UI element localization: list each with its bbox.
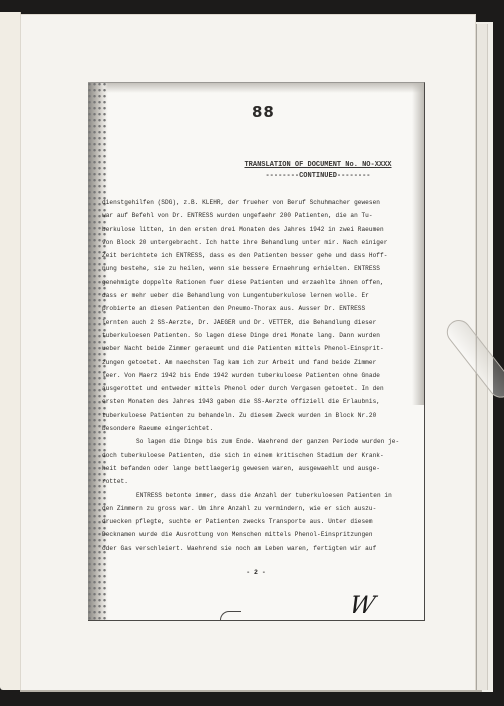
- text-line: leer. Von Maerz 1942 bis Ende 1942 wurde…: [102, 369, 416, 382]
- heading-title: TRANSLATION OF DOCUMENT No. NO-XXXX: [238, 160, 398, 171]
- page-number: 88: [252, 103, 275, 121]
- text-line: heit befanden oder lange bettlaegerig ge…: [102, 462, 416, 475]
- text-line: dienstgehilfen (SDG), z.B. KLEHR, der fr…: [102, 196, 416, 209]
- scanned-page: 88 TRANSLATION OF DOCUMENT No. NO-XXXX -…: [20, 14, 476, 692]
- text-line: rottet.: [102, 475, 416, 488]
- text-line: lernten auch 2 SS-Aerzte, Dr. JAEGER und…: [102, 316, 416, 329]
- text-line: zungen getoetet. Am naechsten Tag kam ic…: [102, 356, 416, 369]
- photocopy-document: 88 TRANSLATION OF DOCUMENT No. NO-XXXX -…: [88, 82, 425, 621]
- text-line: probierte an diesen Patienten den Pneumo…: [102, 302, 416, 315]
- heading-subtitle: --------CONTINUED--------: [238, 171, 398, 182]
- text-line: war auf Befehl von Dr. ENTRESS wurden un…: [102, 209, 416, 222]
- text-line: nung bestehe, sie zu heilen, wenn sie be…: [102, 262, 416, 275]
- back-sheet-edge: [0, 12, 21, 690]
- text-line: ueber Nacht beide Zimmer geraeumt und di…: [102, 342, 416, 355]
- text-line: Decknamen wurde die Ausrottung von Mensc…: [102, 528, 416, 541]
- page-footer-number: - 2 -: [88, 569, 424, 576]
- text-line: So lagen die Dinge bis zum Ende. Waehren…: [102, 435, 416, 448]
- page-bottom-edge: [20, 690, 482, 692]
- signature-stroke: [220, 611, 241, 620]
- text-line: dass er mehr ueber die Behandlung von Lu…: [102, 289, 416, 302]
- text-line: ausgerottet und entweder mittels Phenol …: [102, 382, 416, 395]
- text-line: Zeit berichtete ich ENTRESS, dass es den…: [102, 249, 416, 262]
- text-line: doch tuberkuloese Patienten, die sich in…: [102, 449, 416, 462]
- text-line: berkulose litten, in den ersten drei Mon…: [102, 223, 416, 236]
- text-line: genehmigte doppelte Rationen fuer diese …: [102, 276, 416, 289]
- text-line: besondere Raeume eingerichtet.: [102, 422, 416, 435]
- copy-top-shadow: [88, 83, 424, 93]
- paragraph-3: ENTRESS betonte immer, dass die Anzahl d…: [102, 489, 416, 555]
- document-heading: TRANSLATION OF DOCUMENT No. NO-XXXX ----…: [238, 160, 398, 182]
- text-line: ersten Monaten des Jahres 1943 gaben die…: [102, 395, 416, 408]
- body-text: dienstgehilfen (SDG), z.B. KLEHR, der fr…: [102, 196, 416, 555]
- text-line: den Zimmern zu gross war. Um ihre Anzahl…: [102, 502, 416, 515]
- paragraph-2: So lagen die Dinge bis zum Ende. Waehren…: [102, 435, 416, 488]
- text-line: tuberkuloese Patienten zu behandeln. Zu …: [102, 409, 416, 422]
- text-line: druecken pflegte, suchte er Patienten zw…: [102, 515, 416, 528]
- handwritten-initials: W: [347, 591, 378, 619]
- text-line: tuberkuloesen Patienten. So lagen diese …: [102, 329, 416, 342]
- text-line: ENTRESS betonte immer, dass die Anzahl d…: [102, 489, 416, 502]
- text-line: oder Gas verschleiert. Waehrend sie noch…: [102, 542, 416, 555]
- text-line: von Block 20 untergebracht. Ich hatte ih…: [102, 236, 416, 249]
- paragraph-1: dienstgehilfen (SDG), z.B. KLEHR, der fr…: [102, 196, 416, 435]
